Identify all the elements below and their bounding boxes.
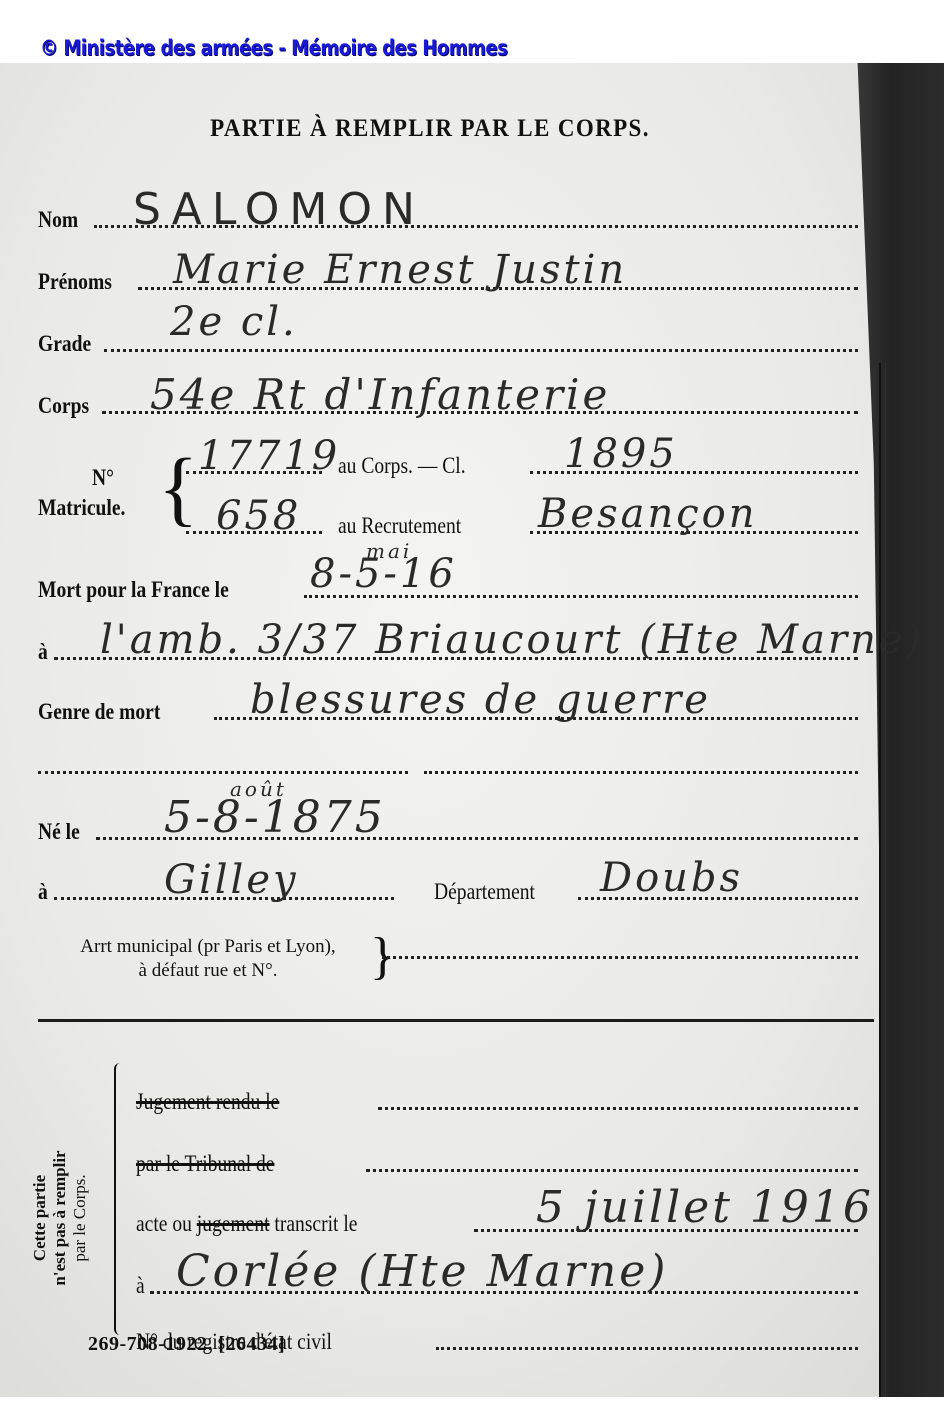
value-prenoms: Marie Ernest Justin: [173, 247, 627, 293]
label-lieu: à: [136, 1273, 145, 1299]
field-corps: Corps 54e Rt d'Infanterie: [38, 379, 858, 419]
value-genre-de-mort: blessures de guerre: [250, 677, 711, 723]
field-ne-a: à Gilley Département Doubs: [38, 865, 858, 905]
label-genre-de-mort: Genre de mort: [38, 699, 160, 725]
value-acte-transcrit: 5 juillet 1916: [536, 1182, 874, 1233]
field-blank: [38, 739, 858, 779]
field-ne-le: Né le août 5-8-1875: [38, 805, 858, 845]
field-nom: Nom SALOMON: [38, 193, 858, 233]
dotted-line: [38, 771, 408, 774]
page-edge-line: [885, 363, 886, 1397]
brace: [114, 1063, 124, 1335]
label-prenoms: Prénoms: [38, 269, 112, 295]
side-note-line: Cette partie: [30, 1123, 50, 1313]
field-mort-a: à l'amb. 3/37 Briaucourt (Hte Marne): [38, 625, 858, 665]
field-tribunal: par le Tribunal de: [136, 1137, 858, 1177]
field-acte-transcrit: acte ou jugement transcrit le 5 juillet …: [136, 1197, 858, 1237]
dotted-line: [436, 1347, 858, 1350]
value-recrutement-place: Besançon: [538, 491, 757, 537]
field-grade: Grade 2e cl.: [38, 317, 858, 357]
side-note: Cette partie n'est pas à remplir par le …: [30, 1123, 90, 1313]
value-nom: SALOMON: [133, 184, 425, 235]
label-corps: Corps: [38, 393, 89, 419]
label-tribunal: par le Tribunal de: [136, 1151, 274, 1177]
dotted-line: [378, 1107, 858, 1110]
field-jugement-rendu: Jugement rendu le: [136, 1075, 858, 1115]
form-title: PARTIE À REMPLIR PAR LE CORPS.: [34, 115, 825, 143]
label-arrondissement: Arrt municipal (pr Paris et Lyon), à déf…: [38, 935, 378, 983]
side-note-line: par le Corps.: [70, 1123, 90, 1313]
field-prenoms: Prénoms Marie Ernest Justin: [38, 255, 858, 295]
value-classe: 1895: [564, 431, 678, 477]
field-mort-le: Mort pour la France le mai 8-5-16: [38, 563, 858, 603]
value-lieu: Corlée (Hte Marne): [176, 1246, 668, 1297]
value-mort-le: 8-5-16: [310, 551, 457, 597]
form-reference-number: 269-708-1922. [26434]: [88, 1333, 285, 1356]
scanned-death-record-card: PARTIE À REMPLIR PAR LE CORPS. Nom SALOM…: [0, 63, 944, 1397]
label-ne-a: à: [38, 879, 48, 905]
label-grade: Grade: [38, 331, 91, 357]
page-edge-line: [879, 363, 881, 1397]
side-note-line: n'est pas à remplir: [50, 1123, 70, 1313]
label-arrondissement-line1: Arrt municipal (pr Paris et Lyon),: [38, 935, 378, 959]
field-matricule-corps: 17719 au Corps. — Cl. 1895: [186, 439, 858, 479]
value-matricule-recrutement: 658: [216, 493, 301, 539]
label-mort-a: à: [38, 639, 48, 665]
label-jugement-rendu: Jugement rendu le: [136, 1089, 279, 1115]
section-divider: [38, 1019, 874, 1022]
label-acte-suffix: transcrit le: [270, 1211, 358, 1236]
value-mort-a: l'amb. 3/37 Briaucourt (Hte Marne): [100, 617, 924, 663]
value-ne-a: Gilley: [164, 857, 299, 903]
label-acte-struck: jugement: [197, 1211, 270, 1236]
value-ne-le: 5-8-1875: [164, 792, 386, 843]
label-acte-prefix: acte ou: [136, 1211, 197, 1236]
label-matricule-no: N°: [92, 465, 114, 491]
label-departement: Département: [434, 879, 535, 905]
label-au-recrutement: au Recrutement: [338, 513, 461, 539]
copyright-watermark: © Ministère des armées - Mémoire des Hom…: [40, 36, 507, 60]
dotted-line: [104, 349, 858, 352]
field-matricule-recrutement: 658 au Recrutement Besançon: [186, 499, 858, 539]
value-matricule-corps: 17719: [198, 433, 340, 479]
value-departement: Doubs: [600, 855, 743, 901]
dotted-line: [366, 1169, 858, 1172]
dotted-line: [424, 771, 858, 774]
label-matricule: Matricule.: [38, 495, 125, 521]
field-genre-de-mort: Genre de mort blessures de guerre: [38, 685, 858, 725]
field-lieu-transcription: à Corlée (Hte Marne): [136, 1259, 858, 1299]
label-au-corps: au Corps. — Cl.: [338, 453, 466, 479]
value-corps: 54e Rt d'Infanterie: [150, 370, 610, 419]
label-acte-transcrit: acte ou jugement transcrit le: [136, 1211, 357, 1237]
label-mort-le: Mort pour la France le: [38, 577, 229, 603]
dotted-line: [382, 956, 858, 959]
label-ne-le: Né le: [38, 819, 80, 845]
value-grade: 2e cl.: [170, 299, 298, 345]
label-arrondissement-line2: à défaut rue et N°.: [38, 959, 378, 983]
label-nom: Nom: [38, 207, 78, 233]
